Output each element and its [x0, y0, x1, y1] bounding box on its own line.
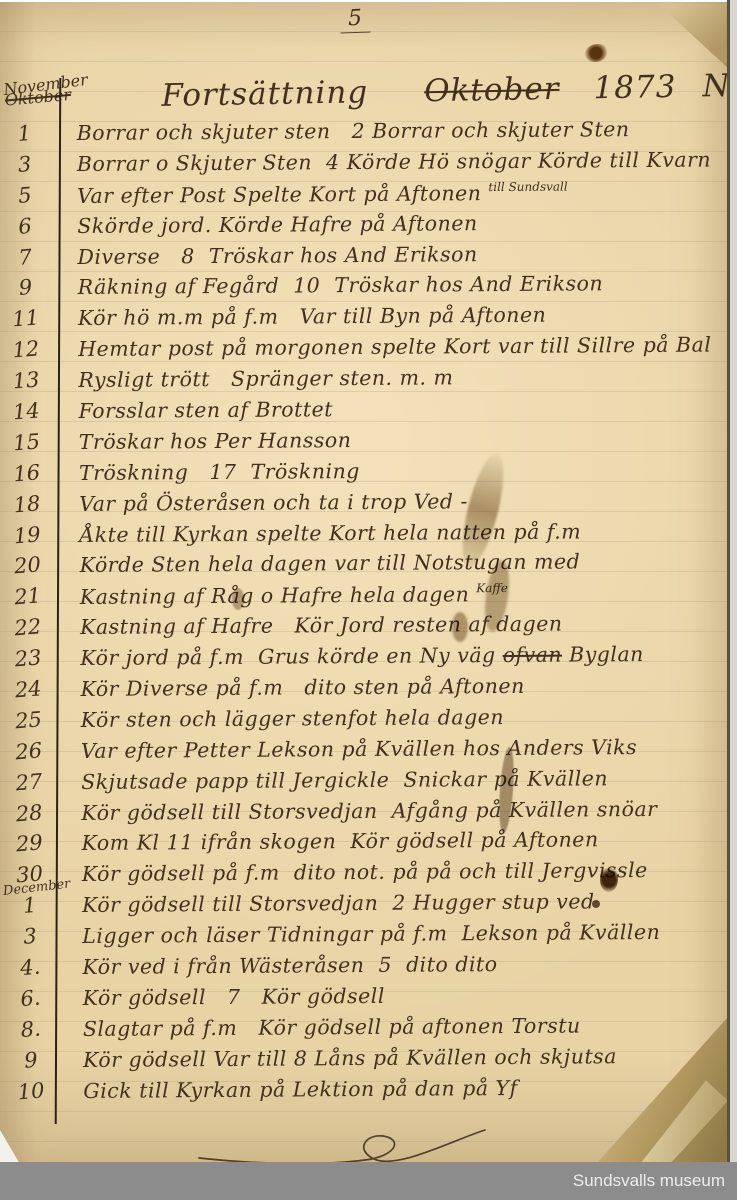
entry-day: 29	[1, 830, 59, 865]
entry-day: 14	[0, 397, 56, 432]
entry-day: 7	[0, 243, 55, 278]
journal-entry-row: 28Kör gödsell till Storsvedjan Afgång på…	[1, 796, 721, 832]
entry-day: 18	[0, 490, 56, 525]
header-year: 1873	[593, 69, 677, 106]
journal-entry-row: 26Var efter Petter Lekson på Kvällen hos…	[1, 734, 721, 770]
entry-day: 13	[0, 366, 55, 401]
entry-day: 19	[0, 521, 57, 556]
entry-text: Kör ved i från Wästeråsen 5 dito dito	[58, 951, 722, 987]
entry-text: Kör gödsell till Storsvedjan 2 Hugger st…	[58, 889, 722, 925]
journal-entry-row: 6Skörde jord. Körde Hafre på Aftonen	[0, 209, 717, 245]
entry-text: Borrar o Skjuter Sten 4 Körde Hö snögar …	[53, 147, 717, 183]
journal-entry-row: 11Kör hö m.m på f.m Var till Byn på Afto…	[0, 302, 718, 338]
entry-text: Kör hö m.m på f.m Var till Byn på Aftone…	[54, 302, 718, 338]
entry-text: Skjutsade papp till Jergickle Snickar på…	[57, 765, 721, 801]
entry-day: 1	[0, 119, 54, 154]
entry-text: Skörde jord. Körde Hafre på Aftonen	[53, 209, 717, 245]
entry-text: Var efter Post Spelte Kort på Aftonen ti…	[53, 178, 717, 214]
journal-entry-row: 3Ligger och läser Tidningar på f.m Lekso…	[2, 920, 722, 956]
journal-entry-row: 20Körde Sten hela dagen var till Notstug…	[0, 549, 720, 585]
entry-day: 26	[0, 737, 58, 772]
journal-entry-row: 25Kör sten och lägger stenfot hela dagen	[1, 703, 721, 739]
entry-text: Tröskar hos Per Hansson	[55, 425, 719, 461]
entry-day: 16	[0, 459, 56, 494]
journal-entry-row: 6.Kör gödsell 7 Kör gödsell	[3, 981, 723, 1017]
entry-text: Kastning af Råg o Hafre hela dagen Kaffe	[56, 580, 720, 616]
entry-text: Kör jord på f.m Grus körde en Ny väg ofv…	[56, 642, 720, 678]
page-number: 5	[340, 5, 371, 33]
entry-day: 24	[0, 675, 58, 710]
entry-day: 15	[0, 428, 56, 463]
entry-text: Ligger och läser Tidningar på f.m Lekson…	[58, 920, 722, 956]
journal-entry-row: 10Gick till Kyrkan på Lektion på dan på …	[3, 1074, 723, 1110]
header-month-struck: Oktober	[424, 71, 560, 109]
entry-day: 3	[1, 922, 59, 957]
journal-entry-row: 19Åkte till Kyrkan spelte Kort hela natt…	[0, 518, 720, 554]
entry-day: 5	[0, 181, 54, 216]
journal-entry-row: 4.Kör ved i från Wästeråsen 5 dito dito	[2, 951, 722, 987]
journal-entry-row: 5Var efter Post Spelte Kort på Aftonen t…	[0, 178, 717, 214]
entry-day: 6	[0, 212, 54, 247]
journal-entry-row: 3Borrar o Skjuter Sten 4 Körde Hö snögar…	[0, 147, 717, 183]
entry-text: Kom Kl 11 ifrån skogen Kör gödsell på Af…	[58, 827, 722, 863]
journal-entry-row: 9Kör gödsell Var till 8 Låns på Kvällen …	[3, 1043, 723, 1079]
journal-entry-row: December1Kör gödsell till Storsvedjan 2 …	[2, 889, 722, 925]
journal-entry-row: 21Kastning af Råg o Hafre hela dagen Kaf…	[0, 580, 720, 616]
journal-entry-row: 24Kör Diverse på f.m dito sten på Aftone…	[0, 673, 720, 709]
entry-text: Gick till Kyrkan på Lektion på dan på Yf	[59, 1074, 723, 1110]
entry-text: Slagtar på f.m Kör gödsell på aftonen To…	[59, 1012, 723, 1048]
entry-day: 23	[0, 644, 57, 679]
entry-text: Kör gödsell på f.m dito not. på på och t…	[58, 858, 722, 894]
entry-day: 9	[2, 1046, 60, 1081]
entry-text: Kastning af Hafre Kör Jord resten af dag…	[56, 611, 720, 647]
entry-text: Kör gödsell 7 Kör gödsell	[59, 981, 723, 1017]
entry-day: 6.	[2, 984, 60, 1019]
journal-entry-row: 29Kom Kl 11 ifrån skogen Kör gödsell på …	[2, 827, 722, 863]
entry-text: Räkning af Fegård 10 Tröskar hos And Eri…	[54, 271, 718, 307]
entry-day: 21	[0, 583, 57, 618]
journal-entry-row: 13Rysligt trött Spränger sten. m. m	[0, 364, 718, 400]
entry-text: Hemtar post på morgonen spelte Kort var …	[54, 333, 718, 369]
journal-entry-row: 18Var på Österåsen och ta i trop Ved -	[0, 487, 719, 523]
journal-entry-row: 12Hemtar post på morgonen spelte Kort va…	[0, 333, 718, 369]
entry-day: 3	[0, 150, 54, 185]
journal-entry-row: 22Kastning af Hafre Kör Jord resten af d…	[0, 611, 720, 647]
entry-day: 25	[0, 706, 58, 741]
entry-text: Kör gödsell till Storsvedjan Afgång på K…	[57, 796, 721, 832]
entry-day: 1	[1, 891, 59, 926]
torn-edge-bottom-left	[0, 1130, 20, 1164]
journal-entry-row: 9Räkning af Fegård 10 Tröskar hos And Er…	[0, 271, 718, 307]
entry-text: Åkte till Kyrkan spelte Kort hela natten…	[55, 518, 719, 554]
entry-text: Forsslar sten af Brottet	[54, 395, 718, 431]
header-fortsattning: Fortsättning	[161, 74, 368, 114]
entry-day: 8.	[2, 1015, 60, 1050]
entry-day: 12	[0, 335, 55, 370]
museum-credit-text: Sundsvalls museum	[573, 1162, 725, 1200]
margin-month-old: Oktober	[4, 86, 90, 107]
entry-text: Kör Diverse på f.m dito sten på Aftonen	[56, 673, 720, 709]
entry-day: 11	[0, 305, 55, 340]
entry-text: Rysligt trött Spränger sten. m. m	[54, 364, 718, 400]
entry-day: 20	[0, 552, 57, 587]
journal-entry-row: 30Kör gödsell på f.m dito not. på på och…	[2, 858, 722, 894]
entry-text: Kör gödsell Var till 8 Låns på Kvällen o…	[59, 1043, 723, 1079]
entry-day: 22	[0, 613, 57, 648]
entry-text: Körde Sten hela dagen var till Notstugan…	[56, 549, 720, 585]
journal-entry-row: 27Skjutsade papp till Jergickle Snickar …	[1, 765, 721, 801]
entry-text: Diverse 8 Tröskar hos And Erikson	[53, 240, 717, 276]
journal-entry-row: 14Forsslar sten af Brottet	[0, 395, 719, 431]
entry-text: Borrar och skjuter sten 2 Borrar och skj…	[53, 116, 717, 152]
manuscript-paper: 5 FortsättningOktober1873November Novemb…	[0, 2, 728, 1172]
entry-text: Var på Österåsen och ta i trop Ved -	[55, 487, 719, 523]
journal-entry-row: 1Borrar och skjuter sten 2 Borrar och sk…	[0, 116, 717, 152]
journal-entry-row: 7Diverse 8 Tröskar hos And Erikson	[0, 240, 718, 276]
journal-entry-row: 16Tröskning 17 Tröskning	[0, 456, 719, 492]
entries-list: 1Borrar och skjuter sten 2 Borrar och sk…	[0, 116, 723, 1110]
entry-day: 9	[0, 274, 55, 309]
entry-day: 10	[2, 1077, 60, 1112]
museum-credit-bar: Sundsvalls museum	[0, 1162, 737, 1200]
pen-flourish	[195, 1112, 495, 1167]
photo-background-strip	[730, 0, 737, 1162]
entry-text: Tröskning 17 Tröskning	[55, 456, 719, 492]
journal-entry-row: 23Kör jord på f.m Grus körde en Ny väg o…	[0, 642, 720, 678]
journal-entry-row: 15Tröskar hos Per Hansson	[0, 425, 719, 461]
journal-entry-row: 8.Slagtar på f.m Kör gödsell på aftonen …	[3, 1012, 723, 1048]
entry-text: Var efter Petter Lekson på Kvällen hos A…	[57, 734, 721, 770]
entry-day: 28	[0, 799, 58, 834]
entry-day: 27	[0, 768, 58, 803]
margin-month-header: November Oktober	[3, 73, 90, 109]
entry-day: 4.	[1, 953, 59, 988]
entry-text: Kör sten och lägger stenfot hela dagen	[57, 703, 721, 739]
